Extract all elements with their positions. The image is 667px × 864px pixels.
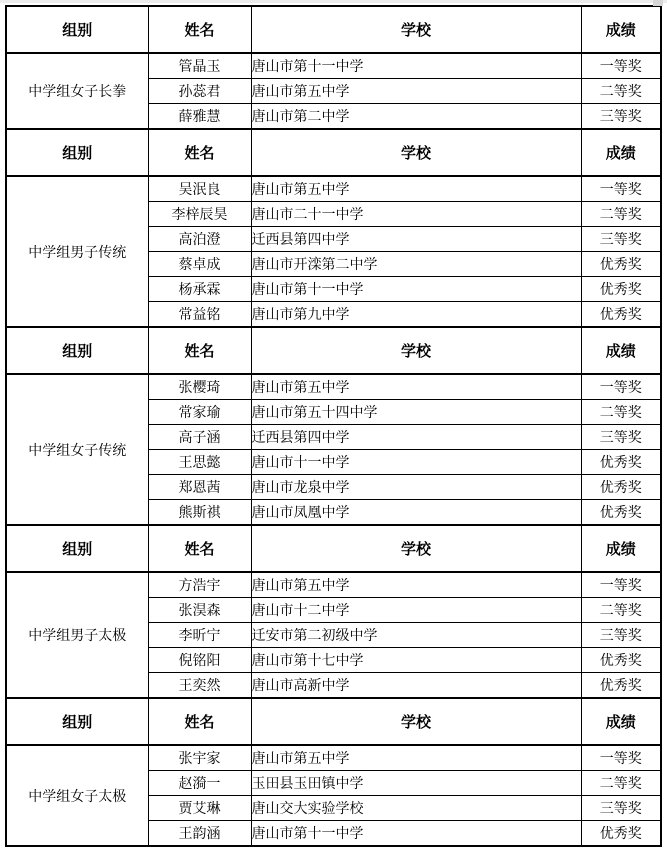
screenshot-corner-artifact: [653, 0, 663, 6]
table-row: 中学组女子传统张樱琦唐山市第五中学一等奖: [6, 374, 661, 400]
name-cell: 常家瑜: [148, 400, 251, 425]
school-cell: 唐山市二十一中学: [251, 202, 581, 227]
column-header-group: 组别: [6, 6, 148, 53]
school-cell: 唐山市开滦第二中学: [251, 252, 581, 277]
school-cell: 唐山交大实验学校: [251, 796, 581, 821]
award-cell: 优秀奖: [581, 475, 661, 500]
name-cell: 李梓辰昊: [148, 202, 251, 227]
column-header-group: 组别: [6, 698, 148, 745]
results-table: 组别姓名学校成绩中学组女子长拳管晶玉唐山市第十一中学一等奖孙蕊君唐山市第五中学二…: [5, 5, 662, 847]
award-cell: 优秀奖: [581, 821, 661, 847]
group-cell: 中学组男子太极: [6, 572, 148, 698]
column-header-school: 学校: [251, 525, 581, 572]
column-header-name: 姓名: [148, 698, 251, 745]
group-cell: 中学组女子长拳: [6, 53, 148, 129]
column-header-award: 成绩: [581, 129, 661, 176]
school-cell: 唐山市第二中学: [251, 104, 581, 130]
results-table-body: 组别姓名学校成绩中学组女子长拳管晶玉唐山市第十一中学一等奖孙蕊君唐山市第五中学二…: [6, 6, 661, 846]
school-cell: 玉田县玉田镇中学: [251, 771, 581, 796]
school-cell: 唐山市第五中学: [251, 745, 581, 771]
column-header-school: 学校: [251, 327, 581, 374]
name-cell: 张宇家: [148, 745, 251, 771]
award-cell: 三等奖: [581, 623, 661, 648]
section-header-row: 组别姓名学校成绩: [6, 6, 661, 53]
award-cell: 优秀奖: [581, 252, 661, 277]
name-cell: 蔡卓成: [148, 252, 251, 277]
school-cell: 唐山市十一中学: [251, 450, 581, 475]
school-cell: 迁安市第二初级中学: [251, 623, 581, 648]
name-cell: 高泊澄: [148, 227, 251, 252]
column-header-name: 姓名: [148, 129, 251, 176]
award-cell: 三等奖: [581, 425, 661, 450]
school-cell: 唐山市第五中学: [251, 79, 581, 104]
table-row: 中学组男子太极方浩宇唐山市第五中学一等奖: [6, 572, 661, 598]
school-cell: 唐山市高新中学: [251, 673, 581, 699]
column-header-school: 学校: [251, 129, 581, 176]
table-row: 中学组女子太极张宇家唐山市第五中学一等奖: [6, 745, 661, 771]
award-cell: 二等奖: [581, 79, 661, 104]
school-cell: 唐山市十二中学: [251, 598, 581, 623]
name-cell: 高子涵: [148, 425, 251, 450]
column-header-group: 组别: [6, 525, 148, 572]
award-cell: 一等奖: [581, 176, 661, 202]
column-header-award: 成绩: [581, 327, 661, 374]
award-cell: 一等奖: [581, 374, 661, 400]
column-header-school: 学校: [251, 698, 581, 745]
column-header-name: 姓名: [148, 6, 251, 53]
table-row: 中学组女子长拳管晶玉唐山市第十一中学一等奖: [6, 53, 661, 79]
award-cell: 优秀奖: [581, 450, 661, 475]
award-cell: 优秀奖: [581, 302, 661, 328]
name-cell: 熊斯祺: [148, 500, 251, 526]
group-cell: 中学组女子传统: [6, 374, 148, 525]
award-cell: 三等奖: [581, 227, 661, 252]
screenshot-top-artifact: [0, 0, 667, 3]
award-cell: 三等奖: [581, 796, 661, 821]
column-header-award: 成绩: [581, 6, 661, 53]
award-cell: 二等奖: [581, 771, 661, 796]
school-cell: 唐山市凤凰中学: [251, 500, 581, 526]
school-cell: 唐山市第五中学: [251, 374, 581, 400]
column-header-group: 组别: [6, 129, 148, 176]
school-cell: 唐山市第五中学: [251, 176, 581, 202]
section-header-row: 组别姓名学校成绩: [6, 525, 661, 572]
school-cell: 唐山市第十七中学: [251, 648, 581, 673]
award-cell: 优秀奖: [581, 500, 661, 526]
column-header-name: 姓名: [148, 525, 251, 572]
section-header-row: 组别姓名学校成绩: [6, 698, 661, 745]
name-cell: 王韵涵: [148, 821, 251, 847]
school-cell: 唐山市第十一中学: [251, 821, 581, 847]
column-header-group: 组别: [6, 327, 148, 374]
name-cell: 郑恩茜: [148, 475, 251, 500]
school-cell: 迁西县第四中学: [251, 227, 581, 252]
column-header-name: 姓名: [148, 327, 251, 374]
school-cell: 唐山市第十一中学: [251, 53, 581, 79]
award-cell: 二等奖: [581, 400, 661, 425]
school-cell: 唐山市第十一中学: [251, 277, 581, 302]
table-row: 中学组男子传统吴泯良唐山市第五中学一等奖: [6, 176, 661, 202]
name-cell: 倪铭阳: [148, 648, 251, 673]
school-cell: 唐山市龙泉中学: [251, 475, 581, 500]
section-header-row: 组别姓名学校成绩: [6, 327, 661, 374]
award-cell: 三等奖: [581, 104, 661, 130]
section-header-row: 组别姓名学校成绩: [6, 129, 661, 176]
name-cell: 李昕宁: [148, 623, 251, 648]
school-cell: 唐山市第五中学: [251, 572, 581, 598]
name-cell: 贾艾琳: [148, 796, 251, 821]
name-cell: 薛雅慧: [148, 104, 251, 130]
name-cell: 管晶玉: [148, 53, 251, 79]
award-cell: 优秀奖: [581, 277, 661, 302]
school-cell: 唐山市第九中学: [251, 302, 581, 328]
name-cell: 常益铭: [148, 302, 251, 328]
name-cell: 吴泯良: [148, 176, 251, 202]
school-cell: 迁西县第四中学: [251, 425, 581, 450]
award-cell: 优秀奖: [581, 648, 661, 673]
name-cell: 赵漪一: [148, 771, 251, 796]
name-cell: 方浩宇: [148, 572, 251, 598]
name-cell: 张樱琦: [148, 374, 251, 400]
name-cell: 王思懿: [148, 450, 251, 475]
award-cell: 二等奖: [581, 202, 661, 227]
award-cell: 二等奖: [581, 598, 661, 623]
name-cell: 王奕然: [148, 673, 251, 699]
name-cell: 张淏森: [148, 598, 251, 623]
column-header-award: 成绩: [581, 525, 661, 572]
group-cell: 中学组男子传统: [6, 176, 148, 327]
column-header-award: 成绩: [581, 698, 661, 745]
school-cell: 唐山市第五十四中学: [251, 400, 581, 425]
name-cell: 杨承霖: [148, 277, 251, 302]
award-cell: 一等奖: [581, 572, 661, 598]
award-cell: 优秀奖: [581, 673, 661, 699]
group-cell: 中学组女子太极: [6, 745, 148, 846]
award-cell: 一等奖: [581, 745, 661, 771]
name-cell: 孙蕊君: [148, 79, 251, 104]
column-header-school: 学校: [251, 6, 581, 53]
award-cell: 一等奖: [581, 53, 661, 79]
